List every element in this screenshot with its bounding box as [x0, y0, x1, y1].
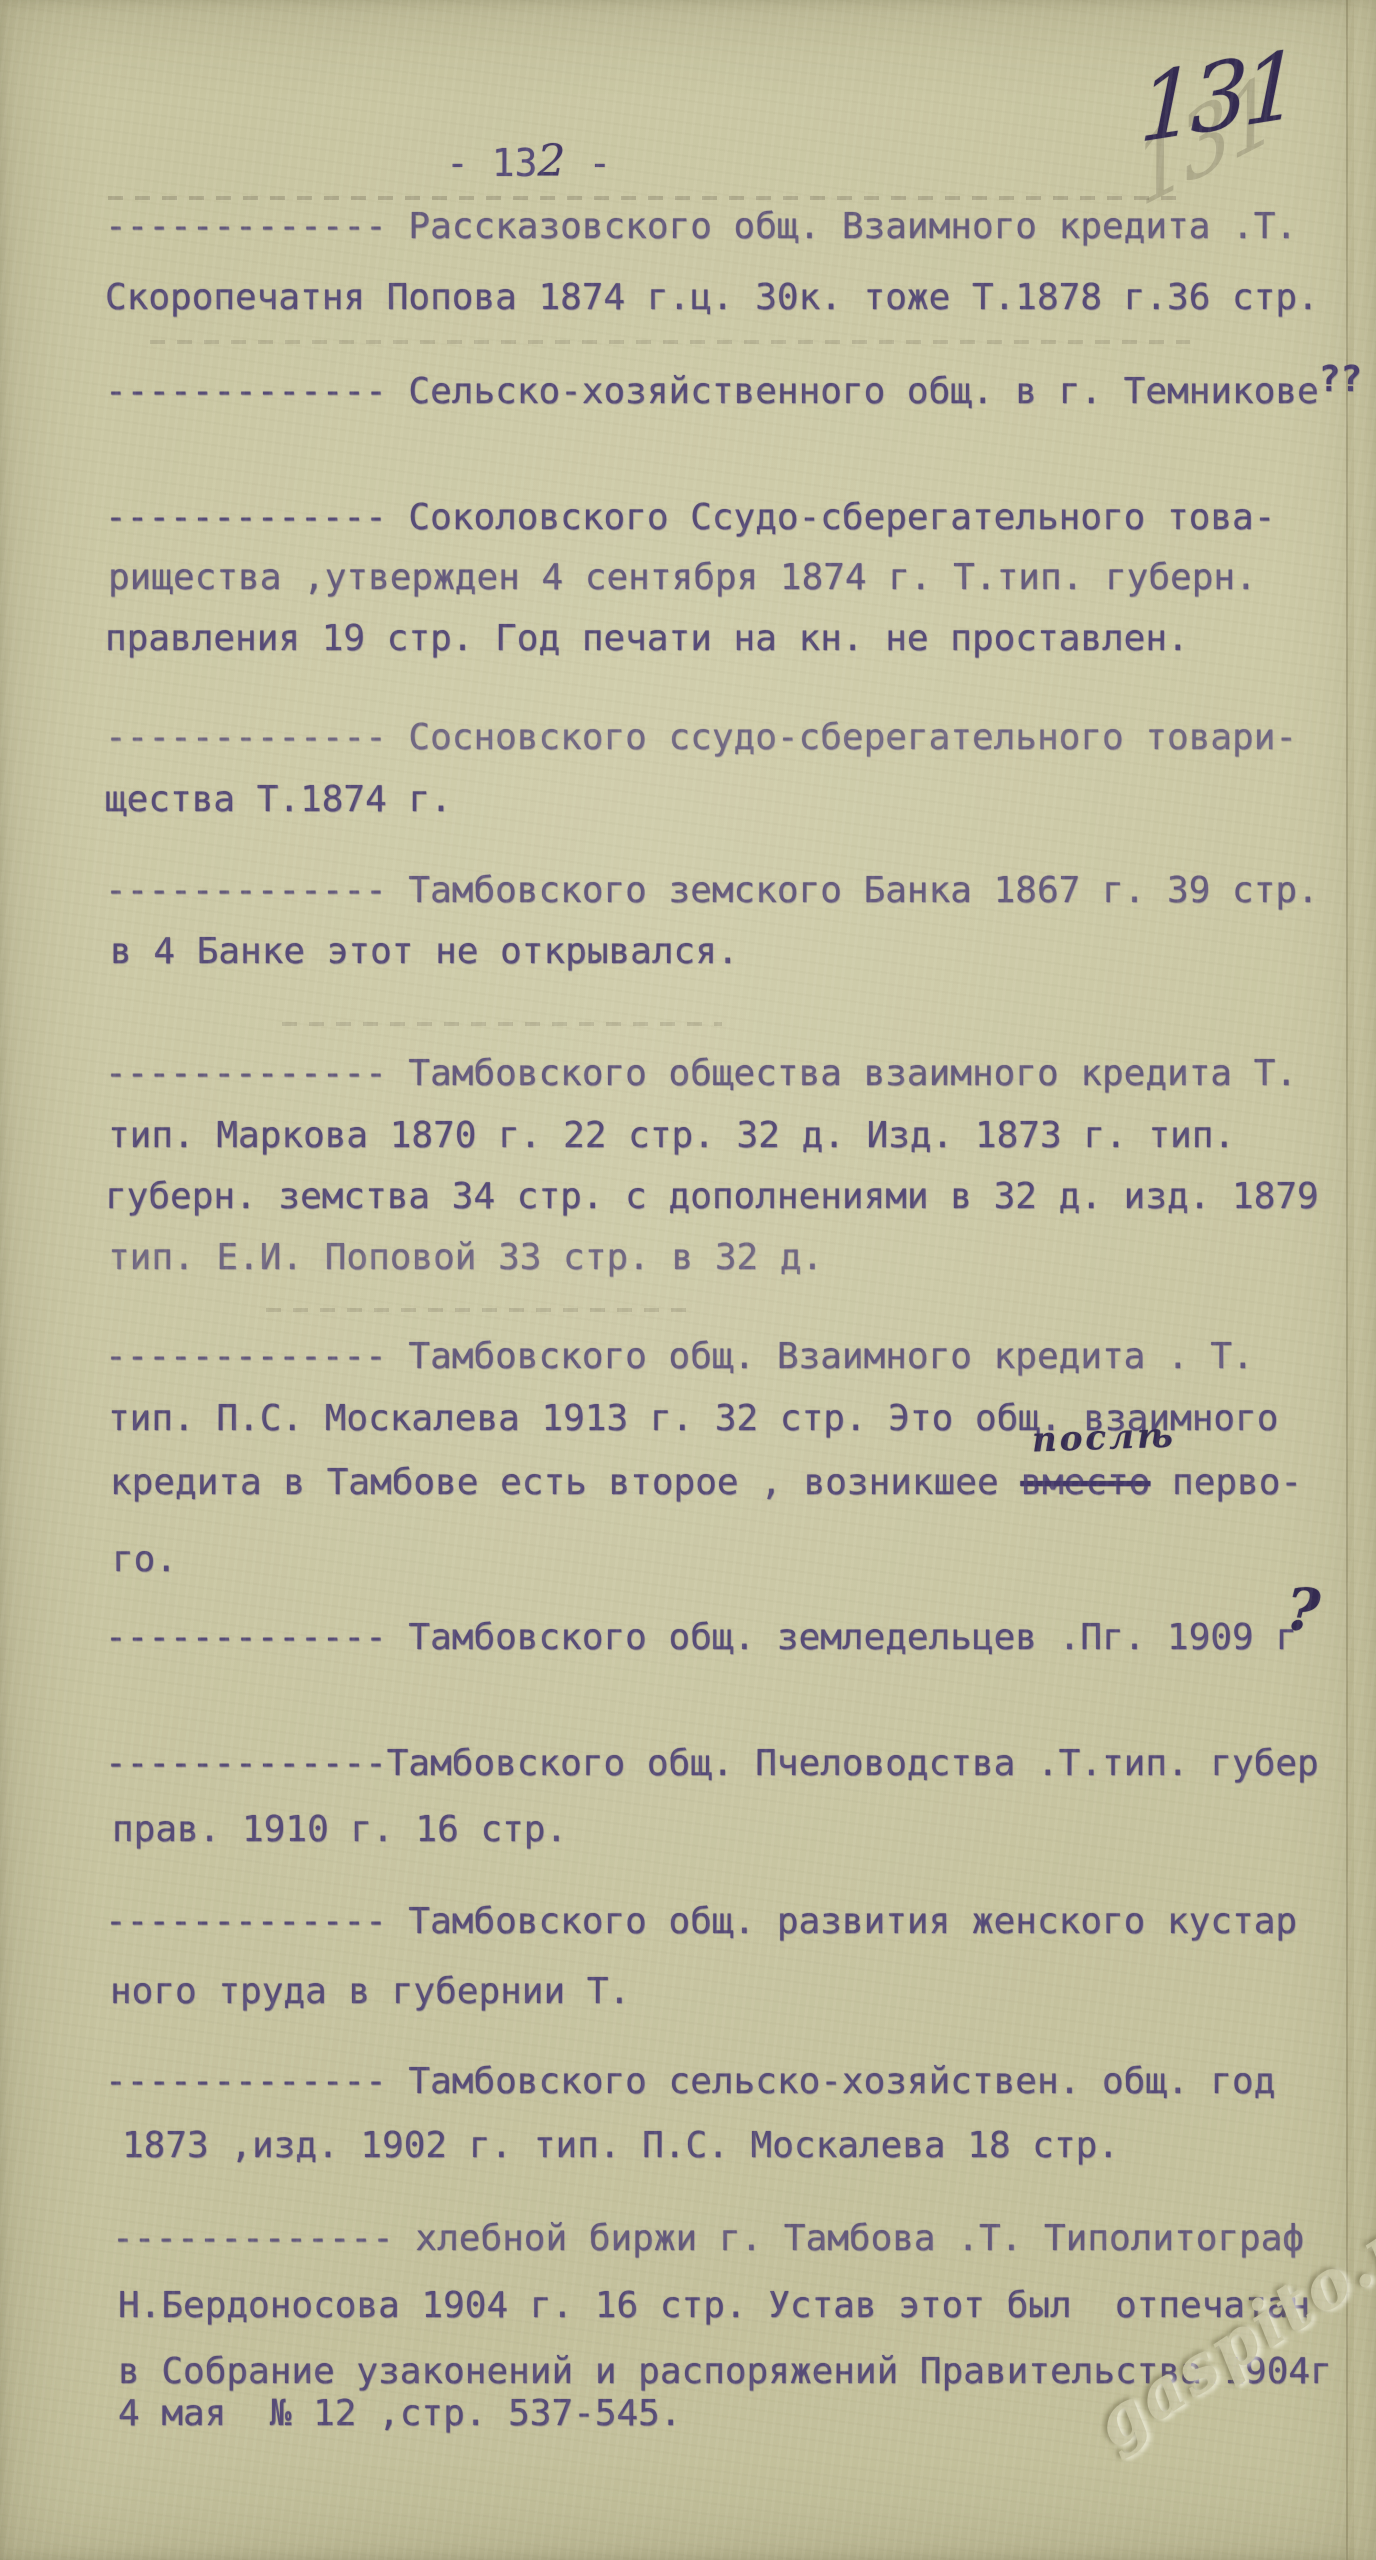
entry-line: 4 мая № 12 ,стр. 537-545. [118, 2392, 682, 2436]
ghost-dash-line [266, 1308, 686, 1312]
entry-line: ------------- Тамбовского земского Банка… [105, 869, 1319, 913]
entry-line-text: перво- [1150, 1462, 1302, 1503]
entry-line-text: ------------- Сельско-хозяйственного общ… [105, 371, 1319, 412]
entry-line: ------------- Рассказовского общ. Взаимн… [105, 205, 1297, 249]
page-number: - 132 - [446, 136, 611, 187]
document-page: 131 131 - 132 - ------------- Рассказовс… [0, 0, 1376, 2560]
entry-line: прав. 1910 г. 16 стр. [112, 1808, 567, 1852]
ghost-dash-line [282, 1022, 722, 1026]
entry-line: в 4 Банке этот не открывался. [110, 930, 739, 974]
page-number-suffix: - [566, 141, 612, 185]
entry-line: рищества ,утвержден 4 сентября 1874 г. Т… [108, 556, 1257, 600]
entry-line-text: кредита в Тамбове есть второе , возникше… [110, 1462, 1020, 1503]
entry-line: губерн. земства 34 стр. с дополнениями в… [105, 1175, 1319, 1219]
entry-line: ------------- Тамбовского общ. Взаимного… [105, 1335, 1254, 1379]
entry-line: Н.Бердоносова 1904 г. 16 стр. Устав этот… [118, 2284, 1310, 2328]
entry-line: кредита в Тамбове есть второе , возникше… [110, 1461, 1302, 1505]
handwritten-question-marks: ?? [1319, 359, 1362, 400]
entry-line: ного труда в губернии Т. [110, 1970, 630, 2014]
entry-line: тип. Е.И. Поповой 33 стр. в 32 д. [108, 1236, 823, 1280]
strikethrough-word: вместо [1020, 1462, 1150, 1503]
entry-line: ------------- Тамбовского сельско-хозяйс… [105, 2060, 1275, 2104]
page-number-prefix: - 13 [446, 141, 538, 185]
entry-line: правления 19 стр. Год печати на кн. не п… [105, 617, 1189, 661]
entry-line: щества Т.1874 г. [105, 778, 452, 822]
watermark: gaspito.ru [1080, 2093, 1376, 2463]
ghost-dash-line [108, 196, 1178, 200]
entry-line: го. [112, 1538, 177, 1582]
entry-line: -------------Тамбовского общ. Пчеловодст… [105, 1742, 1319, 1786]
handwritten-question-mark: ? [1284, 1575, 1321, 1645]
entry-line: тип. Маркова 1870 г. 22 стр. 32 д. Изд. … [108, 1114, 1235, 1158]
entry-line: Скоропечатня Попова 1874 г.ц. 30к. тоже … [105, 276, 1319, 320]
ghost-dash-line [150, 340, 1190, 344]
entry-line: ------------- хлебной биржи г. Тамбова .… [112, 2217, 1304, 2261]
page-number-edited-digit: 2 [538, 136, 566, 187]
entry-line: 1873 ,изд. 1902 г. тип. П.С. Москалева 1… [122, 2124, 1119, 2168]
entry-line: ------------- Тамбовского общ. развития … [105, 1900, 1297, 1944]
entry-line: ------------- Тамбовского общества взаим… [105, 1052, 1297, 1096]
entry-line: ------------- Тамбовского общ. земледель… [105, 1616, 1297, 1660]
handwritten-inserted-word: послѣ [1031, 1416, 1176, 1461]
entry-line: ------------- Соколовского Ссудо-сберега… [105, 496, 1275, 540]
entry-line: ------------- Сельско-хозяйственного общ… [105, 370, 1362, 414]
entry-line: ------------- Сосновского ссудо-сберегат… [105, 716, 1297, 760]
